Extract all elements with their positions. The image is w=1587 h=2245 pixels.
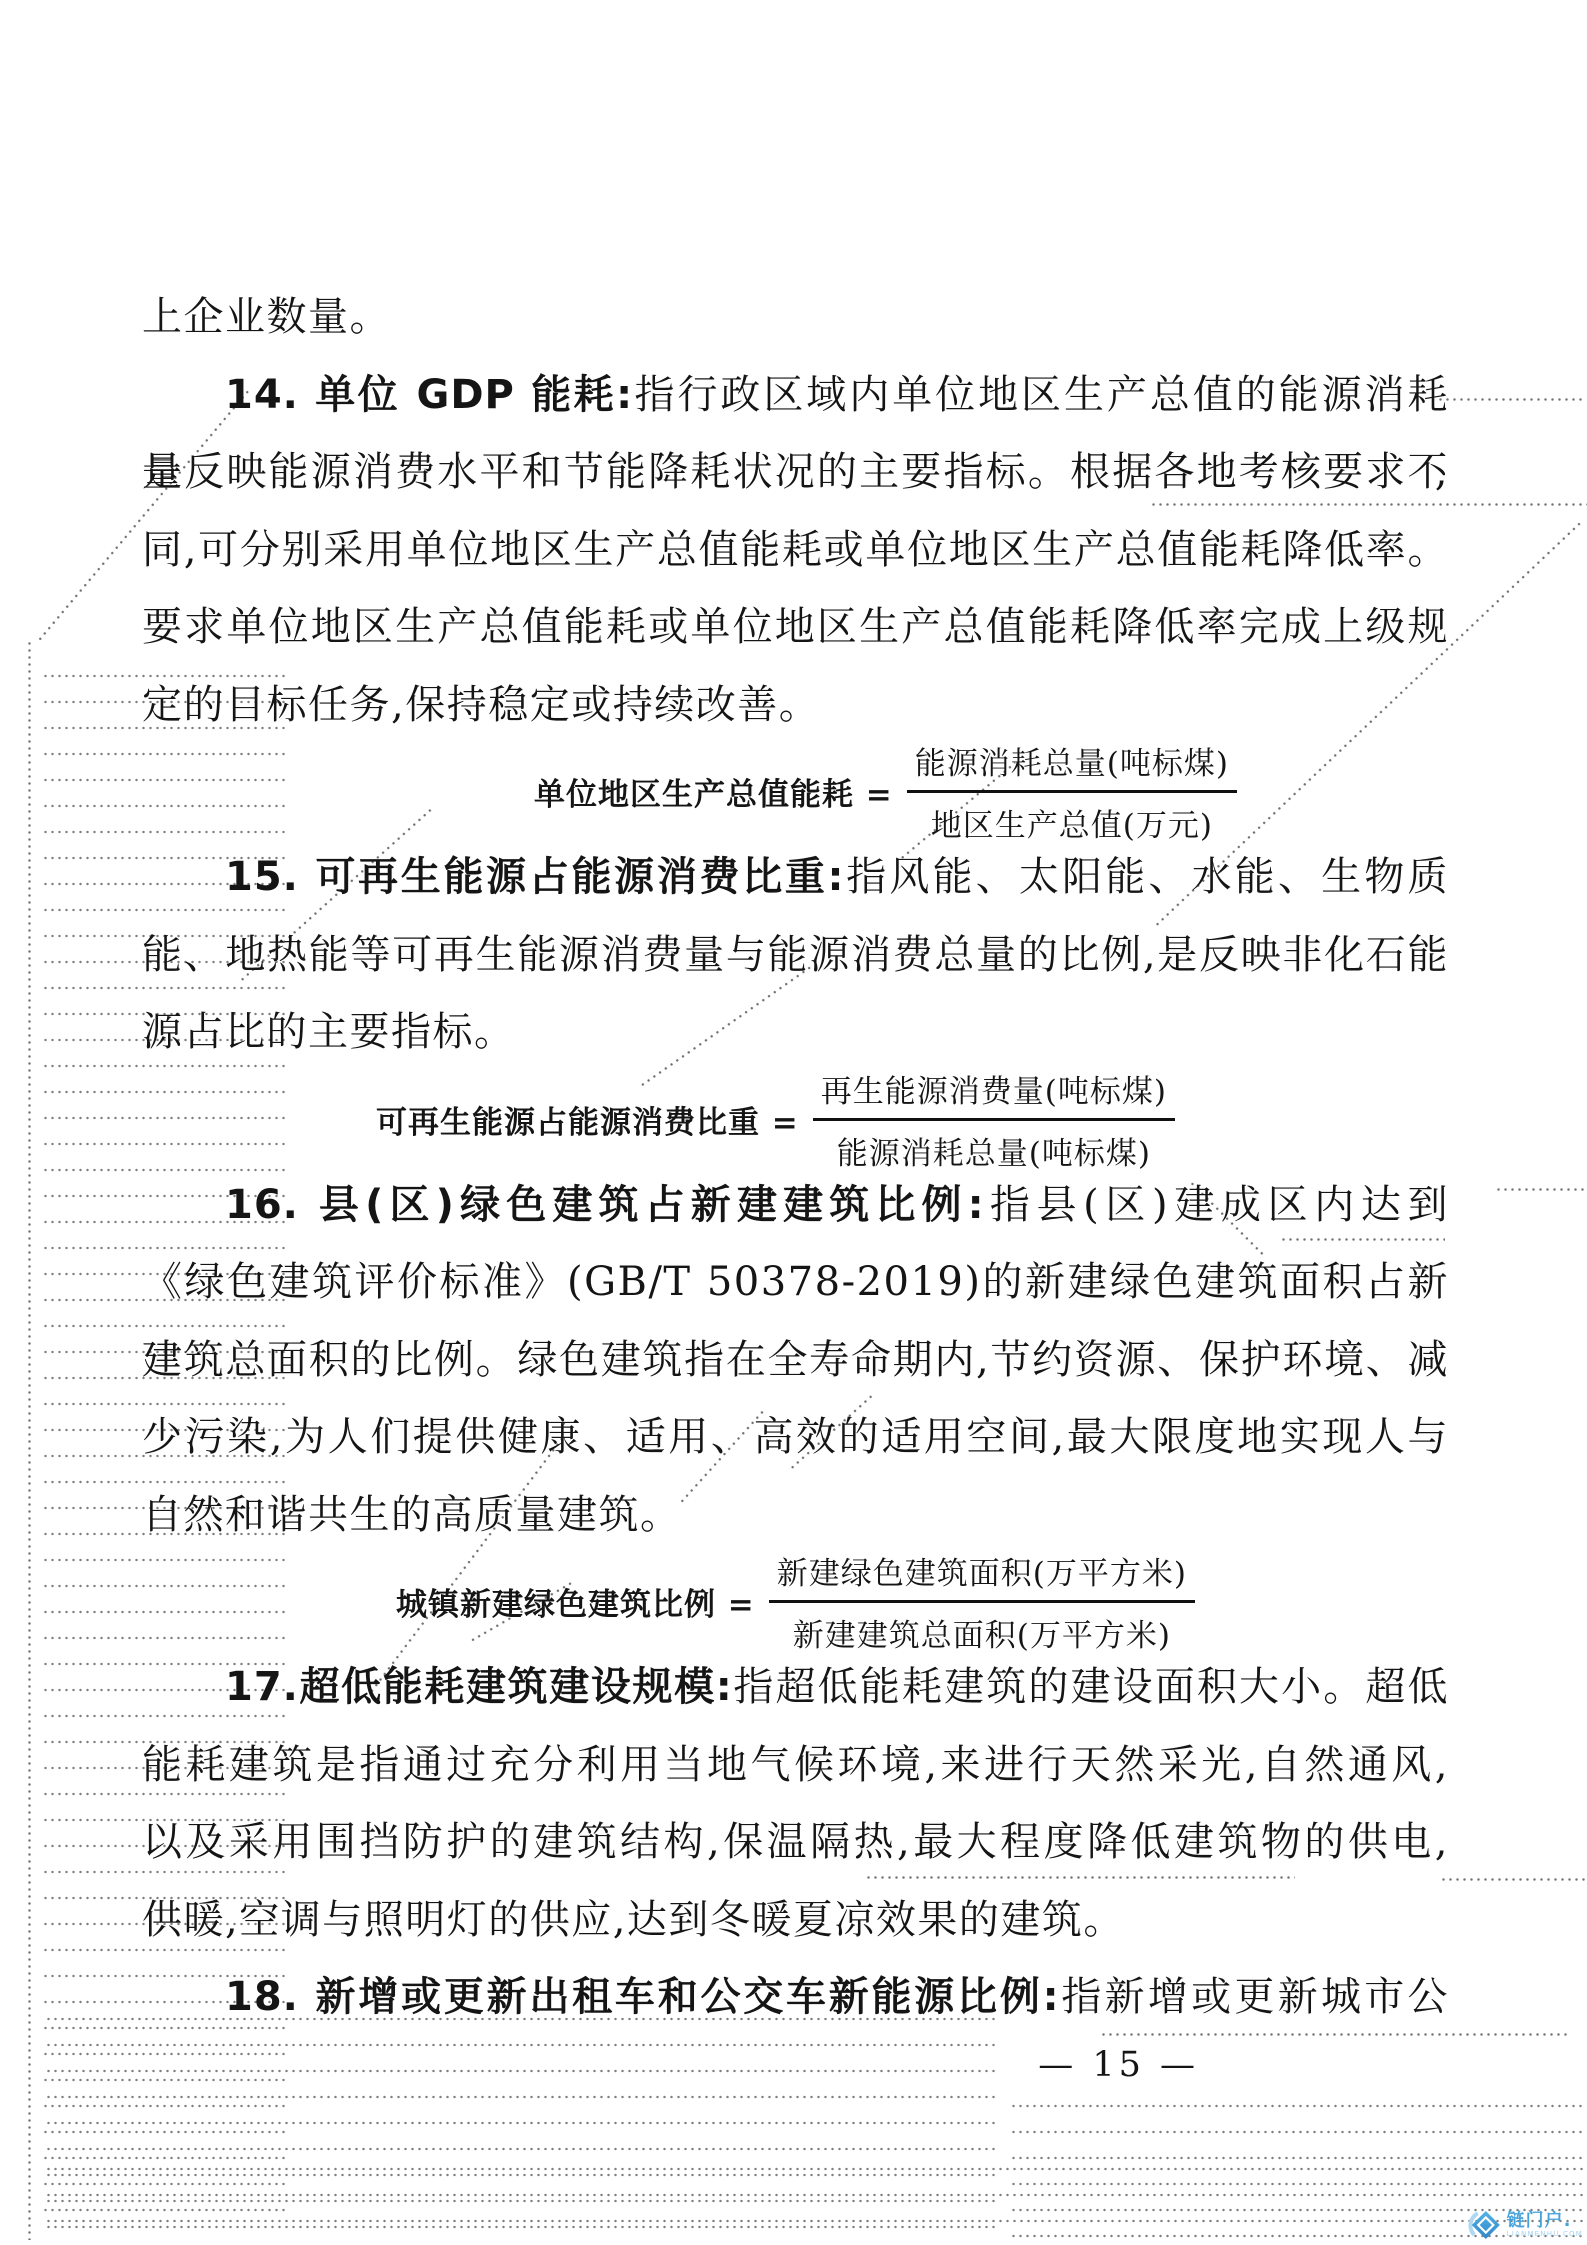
dotted-artifact-line — [1495, 1188, 1585, 1191]
line-text: 能耗建筑是指通过充分利用当地气候环境,来进行天然采光,自然通风, — [142, 1742, 1449, 1788]
term-bold: 15. 可再生能源占能源消费比重: — [225, 854, 845, 900]
term-bold: 14. 单位 GDP 能耗: — [225, 372, 633, 418]
text-line: 同,可分别采用单位地区生产总值能耗或单位地区生产总值能耗降低率。 — [142, 512, 1449, 590]
formula-fraction: 能源消耗总量(吨标煤) 地区生产总值(万元) — [907, 738, 1237, 845]
formula-gdp-energy: 单位地区生产总值能耗 = 能源消耗总量(吨标煤) 地区生产总值(万元) — [232, 744, 1539, 839]
line-text: 上企业数量。 — [142, 294, 391, 340]
formula-numerator: 再生能源消费量(吨标煤) — [813, 1066, 1175, 1121]
formula-lhs: 城镇新建绿色建筑比例 = — [396, 1579, 755, 1624]
text-line: 要求单位地区生产总值能耗或单位地区生产总值能耗降低率完成上级规 — [142, 589, 1449, 667]
line-text: 指风能、太阳能、水能、生物质 — [845, 854, 1449, 900]
line-text: 指县(区)建成区内达到 — [985, 1182, 1449, 1228]
text-line: 能、地热能等可再生能源消费量与能源消费总量的比例,是反映非化石能 — [142, 917, 1449, 995]
term-bold: 16. 县(区)绿色建筑占新建建筑比例: — [225, 1182, 985, 1228]
lianmenhu-logo-icon — [1466, 2207, 1502, 2243]
document-page: 上企业数量。 14. 单位 GDP 能耗:指行政区域内单位地区生产总值的能源消耗… — [0, 0, 1587, 2245]
text-line: 16. 县(区)绿色建筑占新建建筑比例:指县(区)建成区内达到 — [142, 1167, 1449, 1245]
formula-lhs: 可再生能源占能源消费比重 = — [376, 1097, 799, 1142]
formula-denominator: 能源消耗总量(吨标煤) — [813, 1121, 1175, 1173]
line-text: 定的目标任务,保持稳定或持续改善。 — [142, 682, 820, 728]
dotted-artifact-line — [1437, 398, 1585, 401]
text-line: 能耗建筑是指通过充分利用当地气候环境,来进行天然采光,自然通风, — [142, 1727, 1449, 1805]
line-text: 指新增或更新城市公 — [1060, 1974, 1449, 2020]
line-text: 少污染,为人们提供健康、适用、高效的适用空间,最大限度地实现人与 — [142, 1414, 1449, 1460]
text-line: 15. 可再生能源占能源消费比重:指风能、太阳能、水能、生物质 — [142, 839, 1449, 917]
text-line: 上企业数量。 — [142, 279, 1449, 357]
formula-numerator: 能源消耗总量(吨标煤) — [907, 738, 1237, 793]
logo-text: 链门户. LIANMENHU.COM — [1507, 2212, 1583, 2239]
term-bold: 18. 新增或更新出租车和公交车新能源比例: — [225, 1974, 1060, 2020]
text-line: 供暖,空调与照明灯的供应,达到冬暖夏凉效果的建筑。 — [142, 1882, 1449, 1960]
formula-green-building-ratio: 城镇新建绿色建筑比例 = 新建绿色建筑面积(万平方米) 新建建筑总面积(万平方米… — [142, 1554, 1449, 1649]
formula-fraction: 再生能源消费量(吨标煤) 能源消耗总量(吨标煤) — [813, 1066, 1175, 1173]
dotted-artifact-line — [28, 640, 31, 2240]
line-text: 以及采用围挡防护的建筑结构,保温隔热,最大程度降低建筑物的供电, — [142, 1819, 1449, 1865]
formula-numerator: 新建绿色建筑面积(万平方米) — [769, 1548, 1195, 1603]
text-line: 18. 新增或更新出租车和公交车新能源比例:指新增或更新城市公 — [142, 1959, 1449, 2037]
line-text: 是反映能源消费水平和节能降耗状况的主要指标。根据各地考核要求不 — [142, 449, 1449, 495]
term-bold: 17.超低能耗建筑建设规模: — [225, 1664, 733, 1710]
dotted-artifact-line — [1440, 1878, 1585, 1881]
document-body: 上企业数量。 14. 单位 GDP 能耗:指行政区域内单位地区生产总值的能源消耗… — [142, 279, 1449, 2085]
text-line: 以及采用围挡防护的建筑结构,保温隔热,最大程度降低建筑物的供电, — [142, 1804, 1449, 1882]
page-number: — 15 — — [142, 2045, 1449, 2085]
text-line: 建筑总面积的比例。绿色建筑指在全寿命期内,节约资源、保护环境、减 — [142, 1322, 1449, 1400]
formula-denominator: 新建建筑总面积(万平方米) — [769, 1603, 1195, 1655]
line-text: 源占比的主要指标。 — [142, 1009, 516, 1055]
line-text: 建筑总面积的比例。绿色建筑指在全寿命期内,节约资源、保护环境、减 — [142, 1337, 1449, 1383]
line-text: 能、地热能等可再生能源消费量与能源消费总量的比例,是反映非化石能 — [142, 932, 1449, 978]
formula-lhs: 单位地区生产总值能耗 = — [534, 769, 893, 814]
text-line: 17.超低能耗建筑建设规模:指超低能耗建筑的建设面积大小。超低 — [142, 1649, 1449, 1727]
text-line: 源占比的主要指标。 — [142, 994, 1449, 1072]
text-line: 《绿色建筑评价标准》(GB/T 50378-2019)的新建绿色建筑面积占新建 — [142, 1244, 1449, 1322]
formula-denominator: 地区生产总值(万元) — [907, 793, 1237, 845]
logo-domain: LIANMENHU.COM — [1507, 2230, 1583, 2239]
line-text: 自然和谐共生的高质量建筑。 — [142, 1492, 682, 1538]
formula-fraction: 新建绿色建筑面积(万平方米) 新建建筑总面积(万平方米) — [769, 1548, 1195, 1655]
text-line: 14. 单位 GDP 能耗:指行政区域内单位地区生产总值的能源消耗量, — [142, 357, 1449, 435]
dotted-artifact-grid — [45, 2148, 1585, 2243]
formula-renewable-share: 可再生能源占能源消费比重 = 再生能源消费量(吨标煤) 能源消耗总量(吨标煤) — [122, 1072, 1429, 1167]
lianmenhu-logo: 链门户. LIANMENHU.COM — [1466, 2207, 1583, 2243]
line-text: 同,可分别采用单位地区生产总值能耗或单位地区生产总值能耗降低率。 — [142, 527, 1449, 573]
line-text: 指超低能耗建筑的建设面积大小。超低 — [733, 1664, 1449, 1710]
text-line: 自然和谐共生的高质量建筑。 — [142, 1477, 1449, 1555]
text-line: 定的目标任务,保持稳定或持续改善。 — [142, 667, 1449, 745]
logo-name: 链门户. — [1507, 2212, 1583, 2230]
line-text: 要求单位地区生产总值能耗或单位地区生产总值能耗降低率完成上级规 — [142, 604, 1449, 650]
line-text: 供暖,空调与照明灯的供应,达到冬暖夏凉效果的建筑。 — [142, 1897, 1125, 1943]
text-line: 是反映能源消费水平和节能降耗状况的主要指标。根据各地考核要求不 — [142, 434, 1449, 512]
text-line: 少污染,为人们提供健康、适用、高效的适用空间,最大限度地实现人与 — [142, 1399, 1449, 1477]
